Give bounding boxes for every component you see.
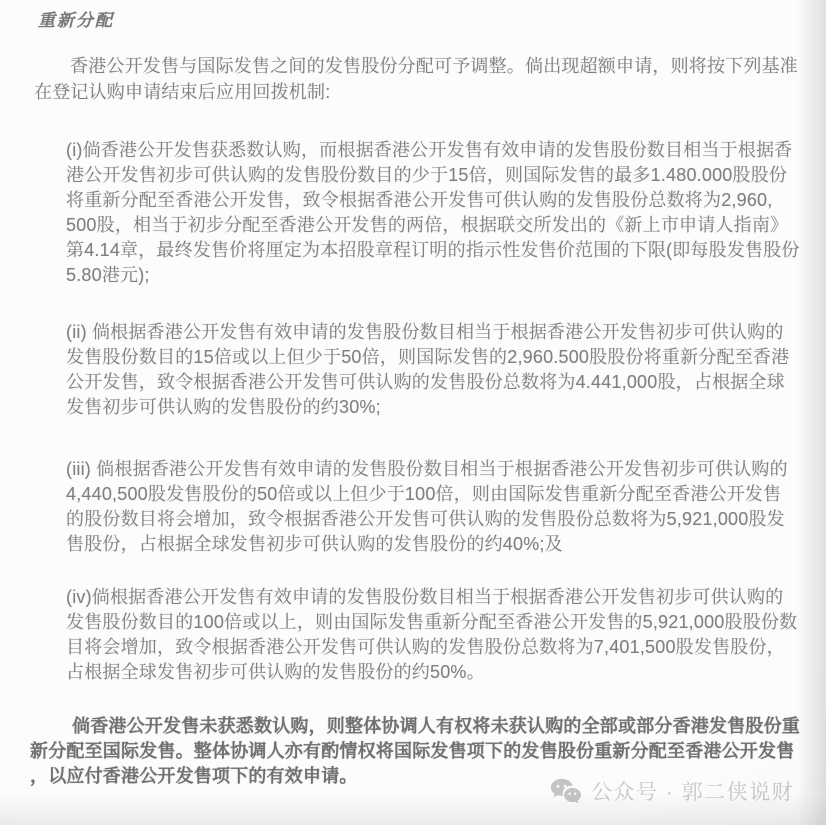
text-line: 第4.14章，最终发售价将厘定为本招股章程订明的指示性发售价范围的下限(即每股发… — [66, 238, 814, 263]
text-line: (iv)倘根据香港公开发售有效申请的发售股份数目相当于根据香港公开发售初步可供认… — [66, 585, 814, 610]
text-line: 目将会增加，致令根据香港公开发售可供认购的发售股份总数将为7,401,500股发… — [66, 635, 814, 660]
text-line: 在登记认购申请结束后应用回拨机制: — [34, 79, 804, 105]
document-title: 重新分配 — [38, 6, 114, 31]
text-line: (ii) 倘根据香港公开发售有效申请的发售股份数目相当于根据香港公开发售初步可供… — [66, 320, 814, 345]
text-line: 4,440,500股发售股份的50倍或以上但少于100倍，则由国际发售重新分配至… — [66, 482, 814, 507]
text-line: 5.80港元); — [66, 263, 814, 288]
text-line: 的股份数目将会增加，致令根据香港公开发售可供认购的发售股份总数将为5,921,0… — [66, 507, 814, 532]
clause-i: (i)倘香港公开发售获悉数认购，而根据香港公开发售有效申请的发售股份数目相当于根… — [66, 138, 814, 288]
text-line: 发售初步可供认购的发售股份的约30%; — [66, 395, 814, 420]
clause-iv: (iv)倘根据香港公开发售有效申请的发售股份数目相当于根据香港公开发售初步可供认… — [66, 585, 814, 685]
text-line: (i)倘香港公开发售获悉数认购，而根据香港公开发售有效申请的发售股份数目相当于根… — [66, 138, 814, 163]
text-line: 公开发售，致令根据香港公开发售可供认购的发售股份总数将为4.441,000股，占… — [66, 370, 814, 395]
text-line: 发售股份数目的15倍或以上但少于50倍，则国际发售的2,960.500股股份将重… — [66, 345, 814, 370]
text-line: 将重新分配至香港公开发售，致令根据香港公开发售可供认购的发售股份总数将为2,96… — [66, 188, 814, 213]
text-line: 占根据全球发售初步可供认购的发售股份的约50%。 — [66, 660, 814, 685]
text-line: 500股，相当于初步分配至香港公开发售的两倍，根据联交所发出的《新上市申请人指南… — [66, 213, 814, 238]
watermark-text: 公众号 · 郭二侠说财 — [591, 776, 794, 806]
text-line: 倘香港公开发售未获悉数认购，则整体协调人有权将未获认购的全部或部分香港发售股份重 — [30, 714, 810, 739]
clause-ii: (ii) 倘根据香港公开发售有效申请的发售股份数目相当于根据香港公开发售初步可供… — [66, 320, 814, 420]
text-line: 港公开发售初步可供认购的发售股份数目的少于15倍，则国际发售的最多1.480.0… — [66, 163, 814, 188]
text-line: 新分配至国际发售。整体协调人亦有酌情权将国际发售项下的发售股份重新分配至香港公开… — [30, 739, 810, 764]
text-line: 售股份，占根据全球发售初步可供认购的发售股份的约40%;及 — [66, 532, 814, 557]
wechat-icon — [550, 778, 582, 805]
text-line: 香港公开发售与国际发售之间的发售股份分配可予调整。倘出现超额申请，则将按下列基准 — [34, 53, 804, 79]
intro-paragraph: 香港公开发售与国际发售之间的发售股份分配可予调整。倘出现超额申请，则将按下列基准… — [34, 53, 804, 105]
text-line: (iii) 倘根据香港公开发售有效申请的发售股份数目相当于根据香港公开发售初步可… — [66, 457, 814, 482]
watermark: 公众号 · 郭二侠说财 — [550, 776, 794, 806]
document-page: 重新分配 香港公开发售与国际发售之间的发售股份分配可予调整。倘出现超额申请，则将… — [0, 0, 826, 825]
clause-iii: (iii) 倘根据香港公开发售有效申请的发售股份数目相当于根据香港公开发售初步可… — [66, 457, 814, 557]
text-line: 发售股份数目的100倍或以上，则由国际发售重新分配至香港公开发售的5,921,0… — [66, 610, 814, 635]
